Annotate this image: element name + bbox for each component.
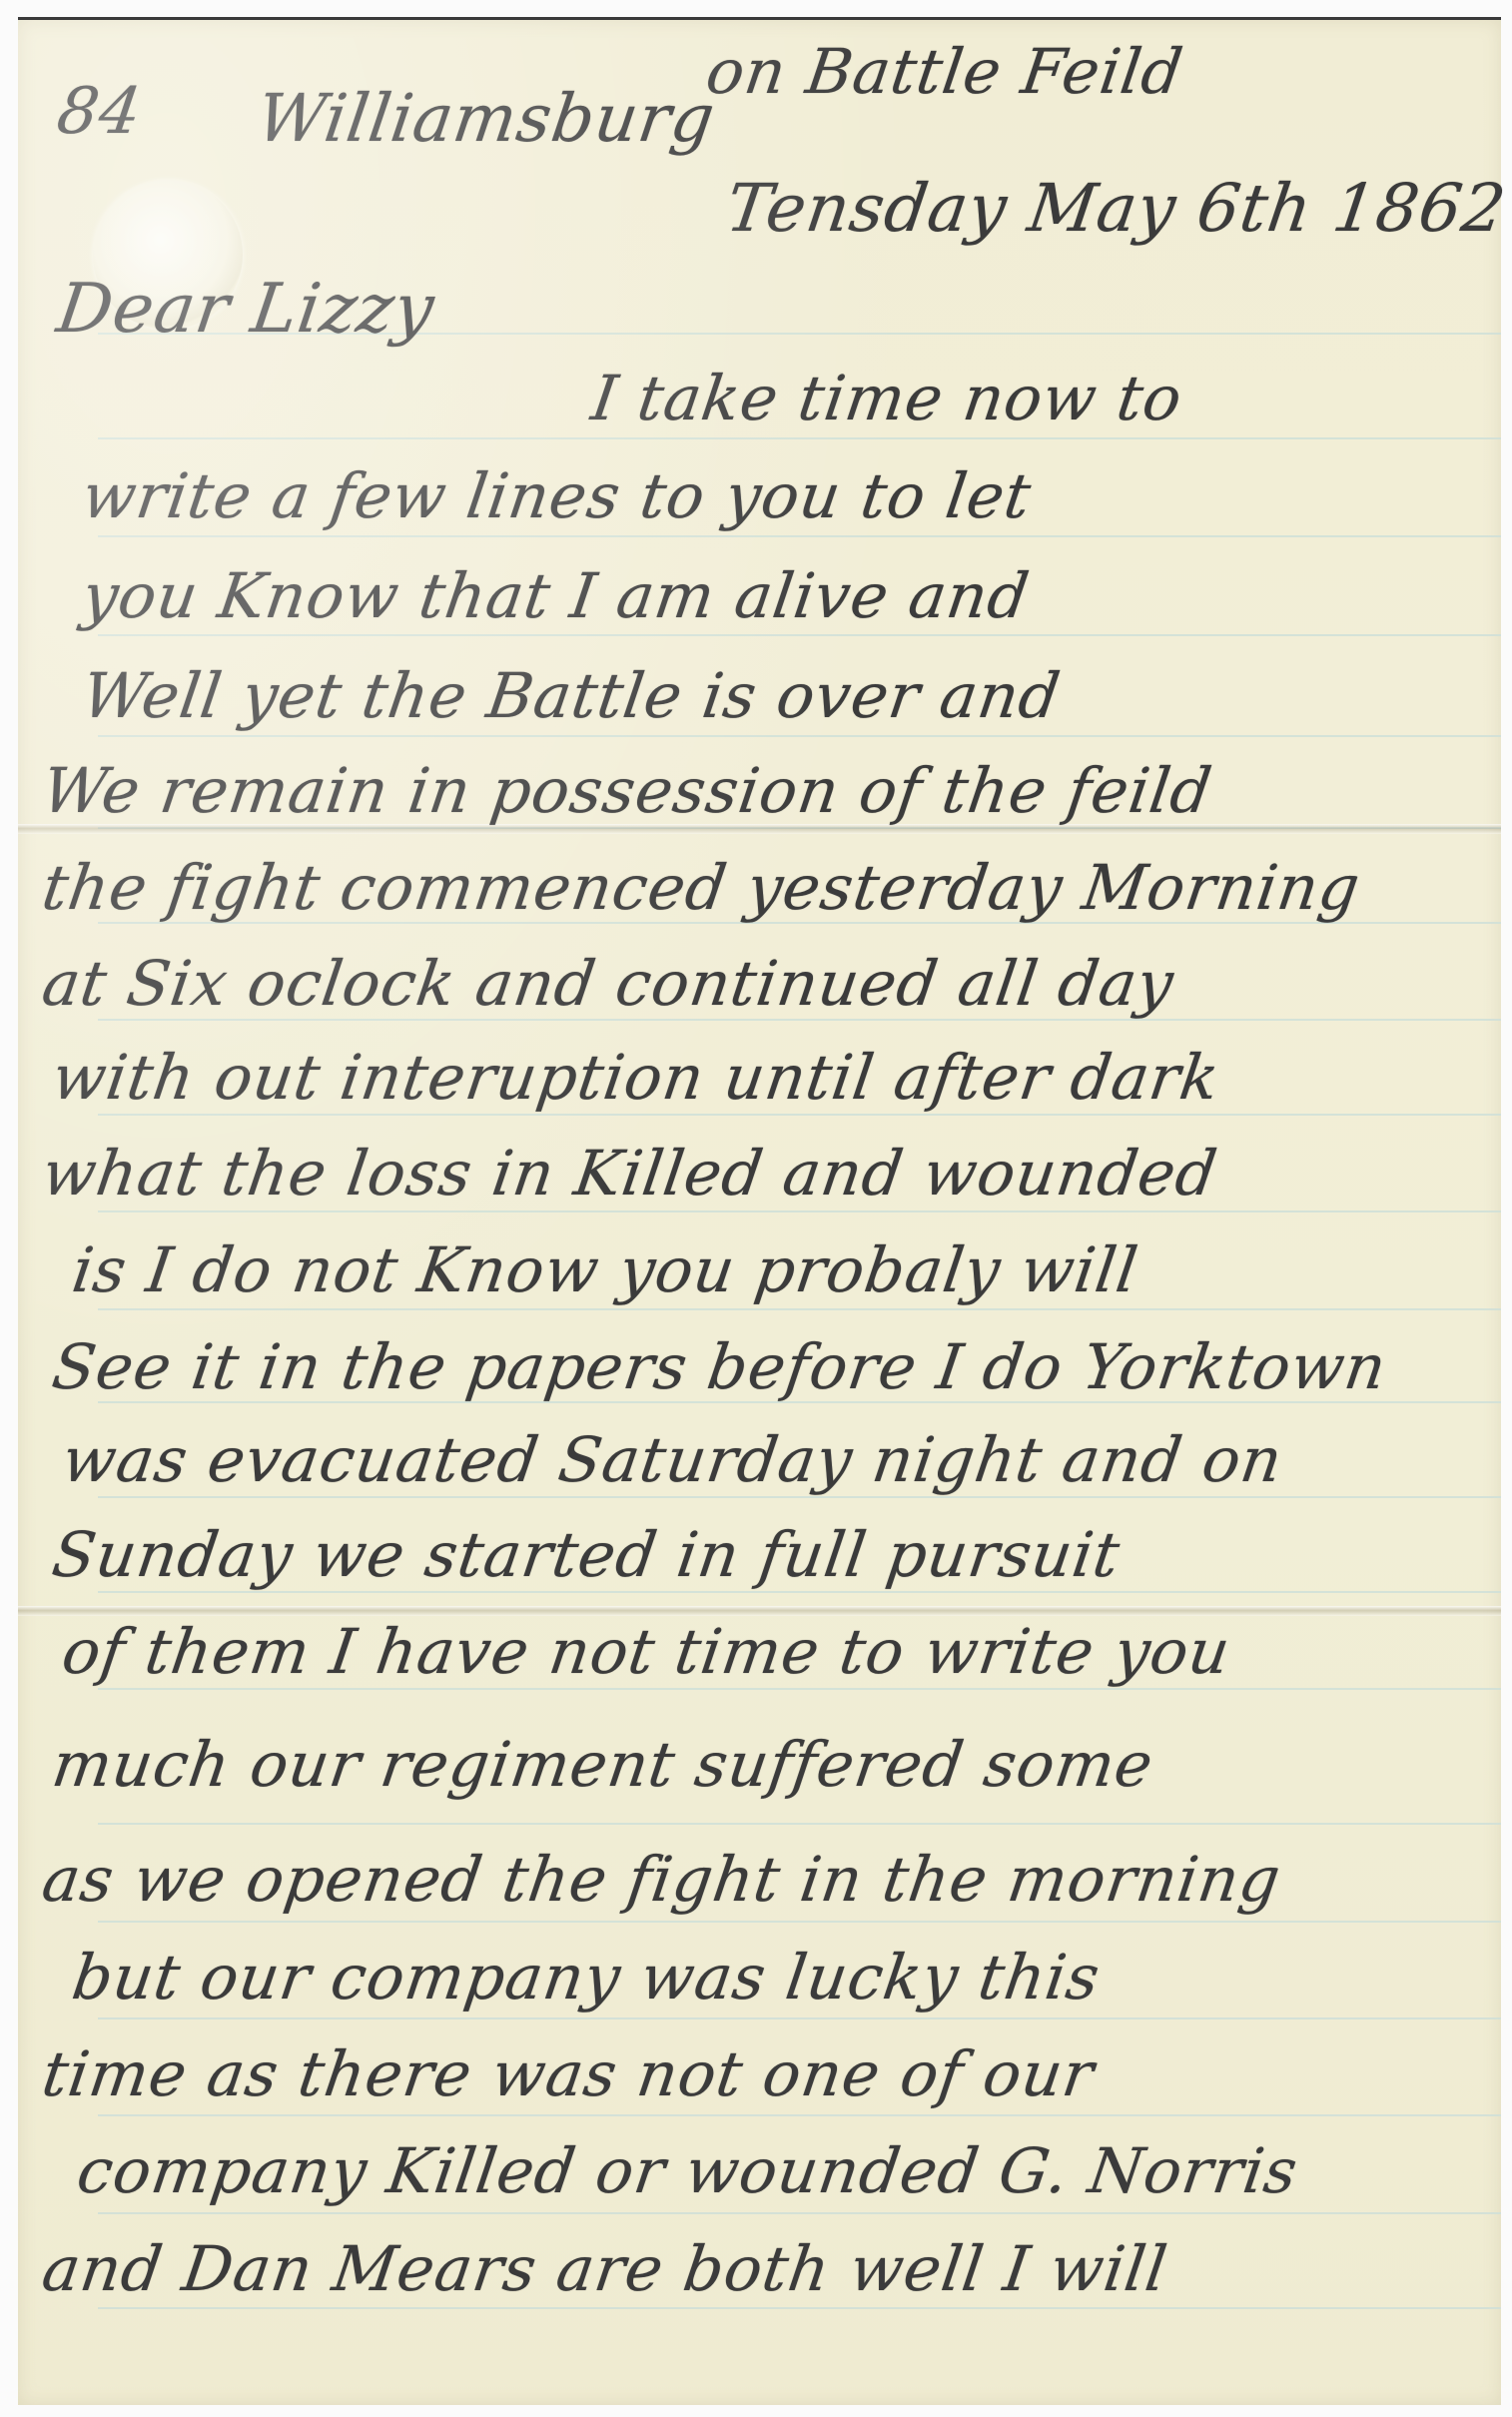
letter-date: Tensday May 6th 1862 [722,170,1511,247]
body-line: is I do not Know you probaly will [68,1233,1142,1306]
ruled-line [98,2017,1501,2019]
body-line: write a few lines to you to let [78,459,1036,532]
body-line: what the loss in Killed and wounded [38,1137,1222,1209]
ruled-line [98,1688,1501,1690]
ruled-line [98,1496,1501,1498]
body-line: company Killed or wounded G. Norris [73,2134,1302,2207]
body-line: but our company was lucky this [68,1941,1105,2014]
ruled-line [98,1921,1501,1923]
body-line: We remain in possession of the feild [38,754,1216,827]
body-line: you Know that I am alive and [78,559,1034,632]
body-line: at Six oclock and continued all day [38,947,1178,1020]
ruled-line [98,1114,1501,1116]
body-line: See it in the papers before I do Yorktow… [48,1330,1391,1403]
ruled-line [98,2114,1501,2116]
page-number: 84 [53,75,147,149]
body-line: as we opened the fight in the morning [38,1843,1285,1916]
body-line: and Dan Mears are both well I will [38,2232,1172,2305]
ruled-line [98,2212,1501,2214]
body-line: the fight commenced yesterday Morning [38,851,1365,924]
letter-page: 84 Williamsburg on Battle Feild Tensday … [18,17,1501,2405]
body-line: much our regiment suffered some [48,1728,1158,1801]
salutation: Dear Lizzy [52,270,439,349]
ruled-line [98,1823,1501,1825]
location-note: on Battle Feild [702,35,1187,108]
body-line: I take time now to [587,362,1187,434]
body-line: with out interuption until after dark [48,1041,1224,1114]
ruled-line [98,634,1501,636]
body-line: Well yet the Battle is over and [78,659,1065,732]
ruled-line [98,535,1501,537]
body-line: Sunday we started in full pursuit [48,1518,1125,1591]
ruled-line [98,1591,1501,1593]
body-line: of them I have not time to write you [58,1615,1235,1688]
ruled-line [98,1308,1501,1310]
body-line: time as there was not one of our [38,2037,1099,2110]
body-line: was evacuated Saturday night and on [58,1423,1287,1496]
ruled-line [98,735,1501,737]
ruled-line [98,2307,1501,2309]
place-name: Williamsburg [253,80,720,157]
ruled-line [98,1210,1501,1212]
ruled-line [98,437,1501,439]
